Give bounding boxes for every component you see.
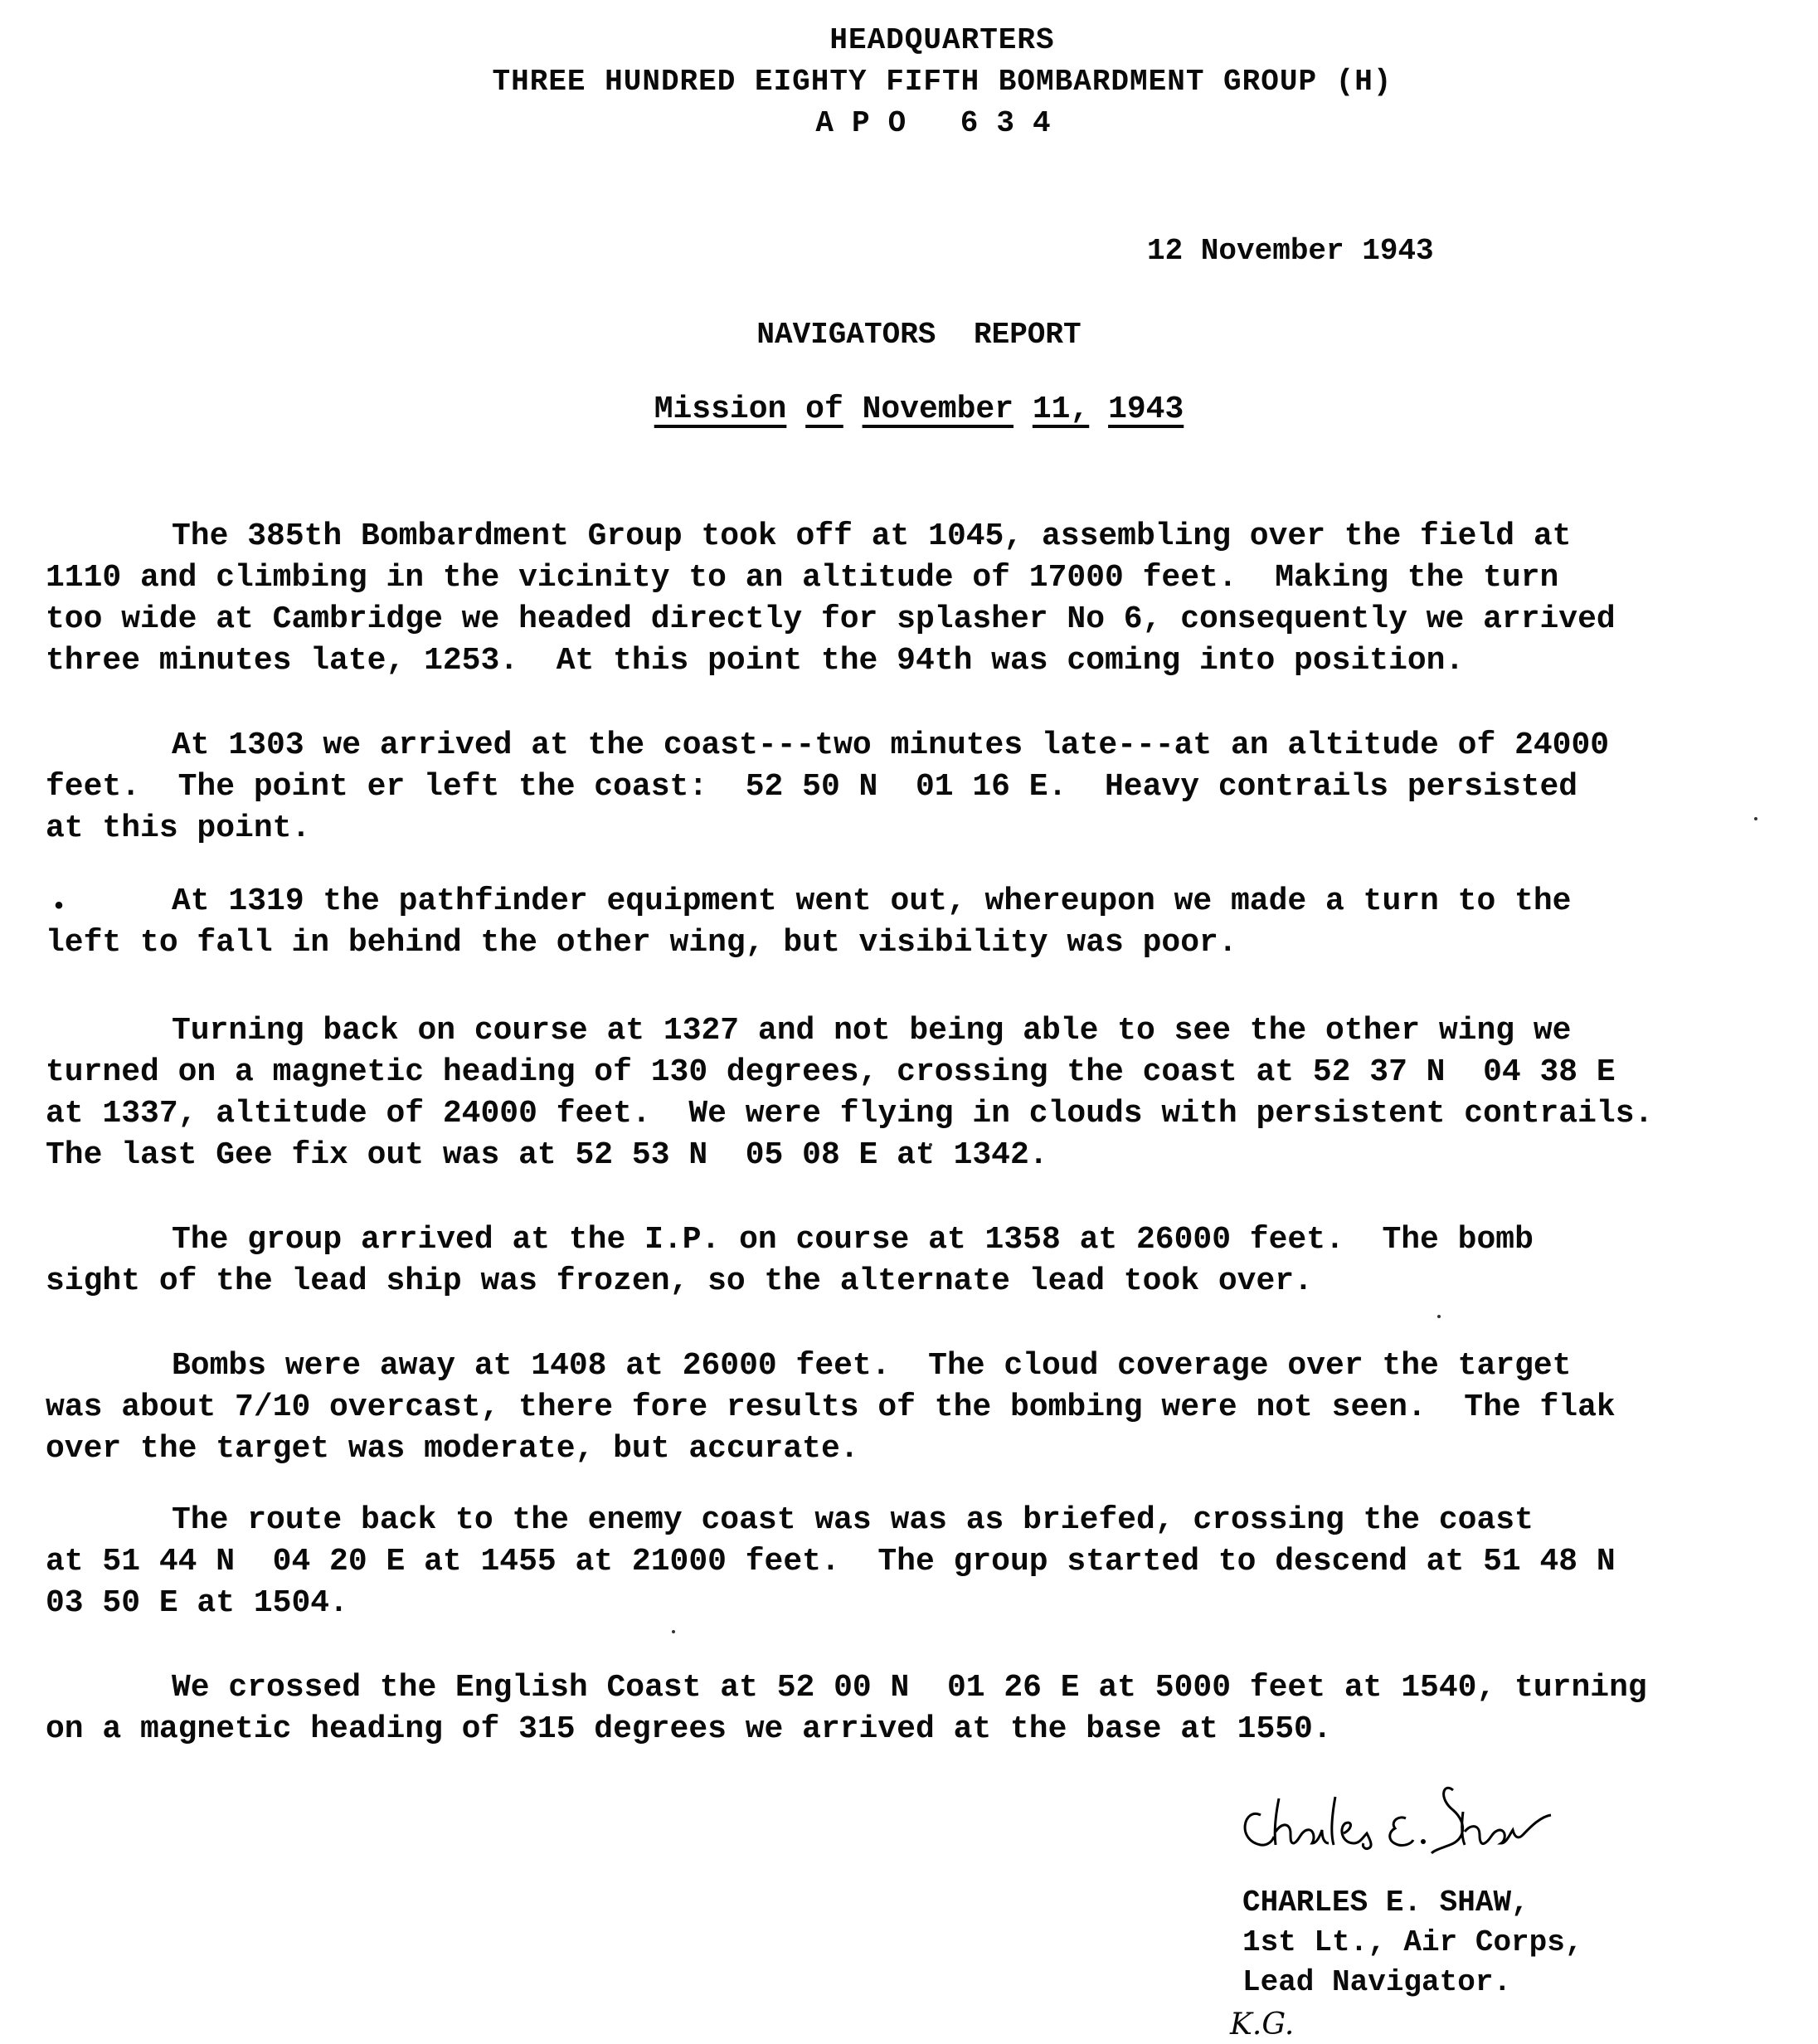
text-line: over the target was moderate, but accura… — [46, 1428, 1804, 1470]
text-line: The 385th Bombardment Group took off at … — [46, 516, 1804, 557]
paragraph-route-back: The route back to the enemy coast was wa… — [46, 1500, 1804, 1624]
text-line: Bombs were away at 1408 at 26000 feet. T… — [46, 1346, 1804, 1387]
ink-speck — [1754, 817, 1757, 820]
subtitle-word: 11, — [1033, 392, 1089, 427]
handwritten-signature — [1236, 1782, 1700, 1857]
text-line: at 1337, altitude of 24000 feet. We were… — [46, 1093, 1804, 1135]
ink-speck — [929, 1143, 932, 1146]
document-page: HEADQUARTERS THREE HUNDRED EIGHTY FIFTH … — [0, 0, 1818, 2044]
ink-speck — [672, 1630, 675, 1633]
signature-block: CHARLES E. SHAW, 1st Lt., Air Corps, Lea… — [1242, 1883, 1582, 2003]
signatory-rank: 1st Lt., Air Corps, — [1242, 1923, 1582, 1963]
text-line: The route back to the enemy coast was wa… — [46, 1500, 1804, 1541]
text-line: on a magnetic heading of 315 degrees we … — [46, 1709, 1804, 1750]
subtitle-word: 1943 — [1108, 392, 1184, 427]
paragraph-course: Turning back on course at 1327 and not b… — [46, 1010, 1804, 1176]
signatory-role: Lead Navigator. — [1242, 1963, 1582, 2003]
mission-subtitle: Mission of November 11, 1943 — [10, 392, 1818, 427]
paragraph-takeoff: The 385th Bombardment Group took off at … — [46, 516, 1804, 682]
text-line: At 1303 we arrived at the coast---two mi… — [46, 725, 1804, 766]
subtitle-word: of — [805, 392, 843, 427]
text-line: sight of the lead ship was frozen, so th… — [46, 1261, 1804, 1302]
ink-speck — [1437, 1315, 1441, 1318]
report-date: 12 November 1943 — [1147, 234, 1434, 268]
paragraph-english-coast: We crossed the English Coast at 52 00 N … — [46, 1667, 1804, 1750]
text-line: at 51 44 N 04 20 E at 1455 at 21000 feet… — [46, 1541, 1804, 1583]
text-line: We crossed the English Coast at 52 00 N … — [46, 1667, 1804, 1709]
text-line: left to fall in behind the other wing, b… — [46, 922, 1804, 964]
report-title: NAVIGATORS REPORT — [10, 318, 1818, 352]
subtitle-word: November — [863, 392, 1014, 427]
signatory-name: CHARLES E. SHAW, — [1242, 1883, 1582, 1923]
text-line: was about 7/10 overcast, there fore resu… — [46, 1387, 1804, 1428]
text-line: three minutes late, 1253. At this point … — [46, 640, 1804, 682]
text-line: Turning back on course at 1327 and not b… — [46, 1010, 1804, 1052]
letterhead-apo: APO 634 — [33, 106, 1818, 140]
paragraph-ip: The group arrived at the I.P. on course … — [46, 1219, 1804, 1302]
text-line: The last Gee fix out was at 52 53 N 05 0… — [46, 1135, 1804, 1176]
handwritten-initials: K.G. — [1230, 2007, 1294, 2042]
text-line: turned on a magnetic heading of 130 degr… — [46, 1052, 1804, 1093]
paragraph-bombs: Bombs were away at 1408 at 26000 feet. T… — [46, 1346, 1804, 1470]
paragraph-coast: At 1303 we arrived at the coast---two mi… — [46, 725, 1804, 849]
text-line: at this point. — [46, 808, 1804, 849]
text-line: 1110 and climbing in the vicinity to an … — [46, 557, 1804, 599]
letterhead-headquarters: HEADQUARTERS — [33, 23, 1818, 57]
paragraph-pathfinder: At 1319 the pathfinder equipment went ou… — [46, 881, 1804, 964]
subtitle-word: Mission — [654, 392, 787, 427]
text-line: feet. The point er left the coast: 52 50… — [46, 766, 1804, 808]
text-line: At 1319 the pathfinder equipment went ou… — [46, 881, 1804, 922]
letterhead-unit: THREE HUNDRED EIGHTY FIFTH BOMBARDMENT G… — [33, 65, 1818, 99]
text-line: The group arrived at the I.P. on course … — [46, 1219, 1804, 1261]
text-line: too wide at Cambridge we headed directly… — [46, 599, 1804, 640]
text-line: 03 50 E at 1504. — [46, 1583, 1804, 1624]
